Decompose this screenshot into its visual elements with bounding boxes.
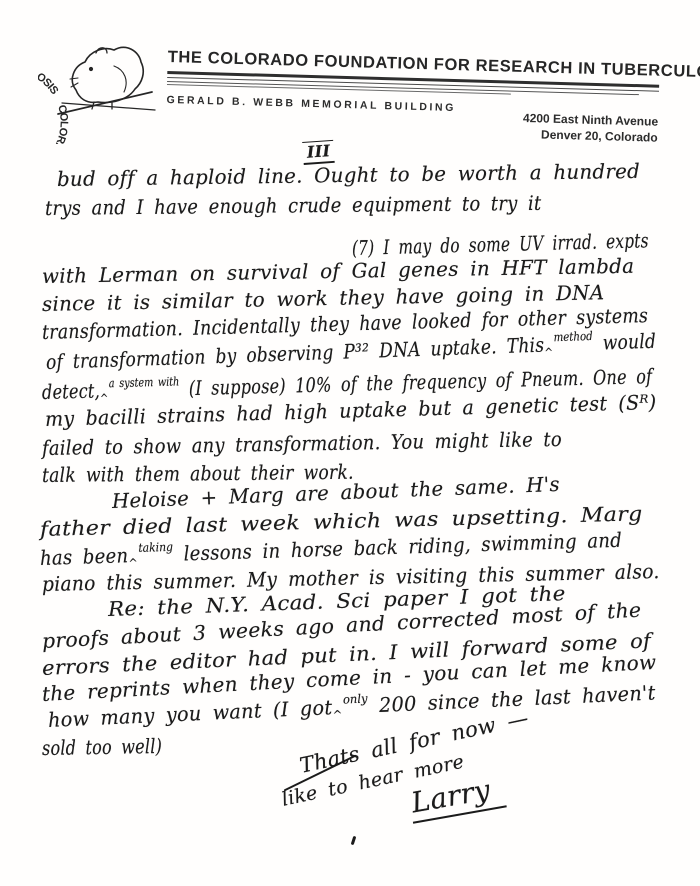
building-name: GERALD B. WEBB MEMORIAL BUILDING — [166, 94, 456, 114]
insertion-caret: ^ — [128, 556, 138, 570]
address-line-2: Denver 20, Colorado — [522, 126, 658, 146]
handwritten-line: trys and I have enough crude equipment t… — [45, 191, 542, 220]
insertion-caret: ^ — [544, 345, 553, 359]
insertion-caret: ^ — [100, 391, 109, 405]
foundation-seal: COLORADO·FOUNDATION·FOR·RESEARCH·IN·TUBE… — [38, 16, 176, 144]
address-block: 4200 East Ninth Avenue Denver 20, Colora… — [522, 110, 658, 146]
inserted-word: a system with — [109, 374, 180, 390]
handwritten-line: failed to show any transformation. You m… — [42, 427, 562, 460]
inserted-word: taking — [138, 540, 173, 555]
letterhead: THE COLORADO FOUNDATION FOR RESEARCH IN … — [166, 48, 660, 140]
inserted-word: only — [343, 691, 368, 706]
handwritten-line: sold too well) — [42, 734, 162, 760]
letter-page: COLORADO·FOUNDATION·FOR·RESEARCH·IN·TUBE… — [0, 0, 700, 886]
ink-speck — [351, 836, 357, 845]
handwritten-line: bud off a haploid line. Ought to be wort… — [57, 159, 640, 191]
guinea-pig-icon — [58, 47, 155, 114]
inserted-word: method — [553, 329, 593, 344]
insertion-caret: ^ — [332, 708, 343, 722]
page-number: III — [302, 140, 335, 165]
